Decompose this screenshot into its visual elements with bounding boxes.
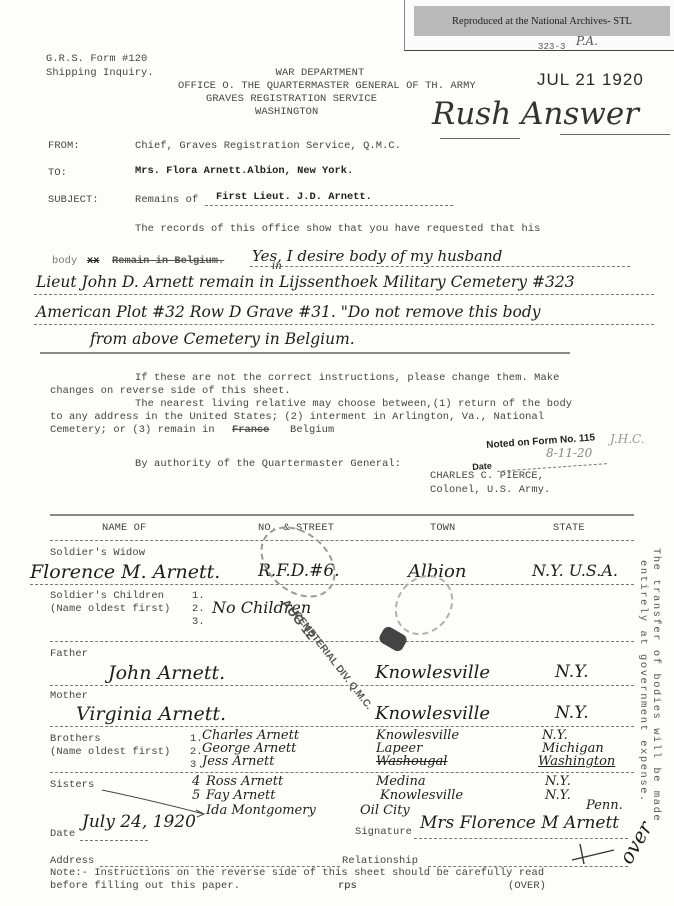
body-typed-option: Remain in Belgium. <box>112 255 224 267</box>
col-header-state: STATE <box>553 522 585 534</box>
to-value: Mrs. Flora Arnett.Albion, New York. <box>135 165 353 177</box>
instructions-line-2: changes on reverse side of this sheet. <box>50 385 291 397</box>
mother-state: N.Y. <box>555 703 589 723</box>
signature-label: Signature <box>355 826 412 838</box>
sister-1-state: N.Y. <box>545 774 571 789</box>
handwritten-insert: in <box>272 261 282 272</box>
body-struck: xx <box>87 255 99 267</box>
date-line <box>80 840 148 841</box>
checkmark-scribble-icon <box>570 840 620 870</box>
address-label: Address <box>50 855 94 867</box>
table-top-rule <box>50 514 634 516</box>
header-war-department: WAR DEPARTMENT <box>250 67 390 79</box>
mother-town: Knowlesville <box>375 703 490 724</box>
subject-prefix: Remains of <box>135 194 198 206</box>
father-name: John Arnett. <box>108 662 225 684</box>
sisters-label: Sisters <box>50 779 94 791</box>
from-value: Chief, Graves Registration Service, Q.M.… <box>135 140 401 152</box>
relationship-label: Relationship <box>342 855 418 867</box>
brother-1-num: 1. <box>190 733 203 745</box>
table-header-rule <box>50 540 634 541</box>
instructions-line-1: If these are not the correct instruction… <box>135 372 559 384</box>
file-initials: P.A. <box>576 34 598 48</box>
children-num-1: 1. <box>192 590 205 602</box>
to-label: TO: <box>48 167 67 179</box>
noted-date-value: 8-11-20 <box>546 446 592 460</box>
handwritten-line-3: American Plot #32 Row D Grave #31. "Do n… <box>36 303 541 321</box>
sister-3-name: Ida Montgomery <box>206 803 316 818</box>
brother-3-name: Jess Arnett <box>202 754 275 769</box>
rush-underline-2 <box>560 134 670 135</box>
brother-3-town: Washougal <box>376 754 447 769</box>
mother-rule <box>50 726 634 727</box>
brothers-label: Brothers <box>50 733 101 745</box>
sister-1-town: Medina <box>376 774 426 789</box>
handwritten-rule-4 <box>40 352 570 354</box>
noted-date-line <box>497 463 607 472</box>
authority-text: By authority of the Quartermaster Genera… <box>135 458 401 470</box>
received-date-stamp: JUL 21 1920 <box>537 70 644 90</box>
postmark-text: CEMETERIAL DIV. Q.M.C. <box>291 610 374 712</box>
children-sublabel: (Name oldest first) <box>50 603 170 615</box>
body-prefix: body <box>52 255 77 267</box>
children-num-3: 3. <box>192 616 205 628</box>
children-rule <box>50 641 634 642</box>
rush-underline-1 <box>440 138 520 139</box>
sister-2-num: 5 <box>192 788 200 803</box>
brother-3-state: Washington <box>538 754 615 769</box>
col-header-town: TOWN <box>430 522 455 534</box>
signer-title: Colonel, U.S. Army. <box>430 484 550 496</box>
handwritten-line-4: from above Cemetery in Belgium. <box>90 330 355 348</box>
sister-3-town: Oil City <box>360 803 410 818</box>
father-label: Father <box>50 648 88 660</box>
children-label: Soldier's Children <box>50 590 164 602</box>
handwritten-rule-1 <box>250 266 630 267</box>
options-struck-france: France <box>232 424 269 436</box>
brothers-sublabel: (Name oldest first) <box>50 746 170 758</box>
options-line-3-prefix: Cemetery; or (3) remain in <box>50 424 215 436</box>
note-line-1: Note:- Instructions on the reverse side … <box>50 867 544 879</box>
archive-banner: Reproduced at the National Archives- STL <box>414 6 670 36</box>
widow-label: Soldier's Widow <box>50 547 145 559</box>
sister-2-state: N.Y. <box>545 788 571 803</box>
options-belgium: Belgium <box>290 424 334 436</box>
margin-note-line-1: The transfer of bodies will be made <box>650 548 662 822</box>
margin-note-line-2: entirely at government expense. <box>637 560 649 803</box>
date-value: July 24, 1920 <box>82 812 196 832</box>
subject-underline <box>205 205 453 206</box>
sister-2-town: Knowlesville <box>380 788 463 803</box>
header-grs: GRAVES REGISTRATION SERVICE <box>206 93 377 105</box>
sister-3-state: Penn. <box>586 798 623 813</box>
from-label: FROM: <box>48 140 80 152</box>
file-number: 323-3 <box>538 42 566 52</box>
mother-name: Virginia Arnett. <box>76 703 226 725</box>
father-town: Knowlesville <box>375 662 490 683</box>
over-handwritten: over <box>614 817 657 868</box>
handwritten-line-2: Lieut John D. Arnett remain in Lijssenth… <box>36 273 575 291</box>
children-num-2: 2. <box>192 603 205 615</box>
subject-value: First Lieut. J.D. Arnett. <box>216 191 372 203</box>
subject-label: SUBJECT: <box>48 194 99 206</box>
signature-value: Mrs Florence M Arnett <box>420 813 619 833</box>
handwritten-line-1: Yes, I desire body of my husband <box>252 247 502 265</box>
sister-1-num: 4 <box>192 774 200 789</box>
note-line-2: before filling out this paper. <box>50 880 240 892</box>
intro-text: The records of this office show that you… <box>135 223 540 235</box>
father-rule <box>50 685 634 686</box>
noted-date-label: Date <box>472 461 492 472</box>
handwritten-rule-2 <box>34 294 654 295</box>
options-line-2: to any address in the United States; (2)… <box>50 411 544 423</box>
noted-initials: J.H.C. <box>610 432 645 446</box>
sister-2-name: Fay Arnett <box>206 788 275 803</box>
header-office: OFFICE O. THE QUARTERMASTER GENERAL OF T… <box>178 80 476 92</box>
signer-name: CHARLES C. PIERCE, <box>430 470 544 482</box>
form-type: Shipping Inquiry. <box>46 67 154 79</box>
over-label: (OVER) <box>508 880 546 892</box>
brother-2-num: 2. <box>190 746 203 758</box>
brother-3-num: 3 <box>190 759 196 771</box>
header-washington: WASHINGTON <box>255 106 318 118</box>
father-state: N.Y. <box>555 662 589 682</box>
widow-name: Florence M. Arnett. <box>30 561 220 583</box>
mother-label: Mother <box>50 690 88 702</box>
signature-line <box>414 838 628 839</box>
options-line-1: The nearest living relative may choose b… <box>135 398 572 410</box>
handwritten-rule-3 <box>34 324 654 325</box>
brothers-rule <box>50 772 634 773</box>
rush-answer-annotation: Rush Answer <box>432 96 639 132</box>
col-header-name: NAME OF <box>102 522 146 534</box>
form-id: G.R.S. Form #120 <box>46 53 147 65</box>
widow-state: N.Y. U.S.A. <box>532 561 618 580</box>
typist-initials: rps <box>338 880 357 892</box>
sister-1-name: Ross Arnett <box>206 774 283 789</box>
date-label: Date <box>50 828 75 840</box>
